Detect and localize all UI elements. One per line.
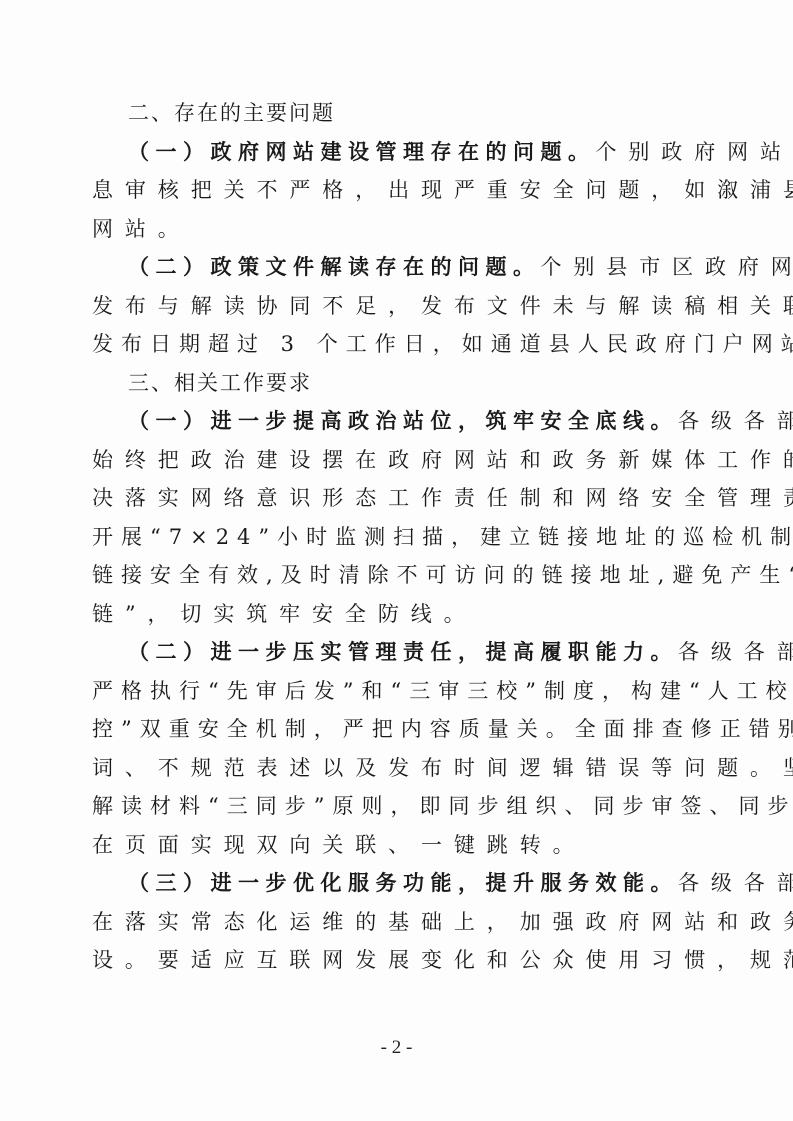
paragraph-website-issues: （一）政府网站建设管理存在的问题。个别政府网站发布信 — [92, 133, 692, 172]
paragraph-line: 控”双重安全机制，严把内容质量关。全面排查修正错别字、敏感 — [92, 710, 692, 749]
document-body: 二、存在的主要问题 （一）政府网站建设管理存在的问题。个别政府网站发布信 息审核… — [92, 94, 692, 980]
paragraph-line: 始终把政治建设摆在政府网站和政务新媒体工作的首要位置，坚 — [92, 441, 692, 480]
paragraph-title: （一）进一步提高政治站位，筑牢安全底线。 — [128, 409, 678, 433]
paragraph-line: 开展“7×24”小时监测扫描，建立链接地址的巡检机制，确保所有 — [92, 518, 692, 557]
paragraph-text: 各级各部门要 — [678, 640, 793, 664]
paragraph-line: 息审核把关不严格，出现严重安全问题，如溆浦县人民政府门户 — [92, 171, 692, 210]
paragraph-service-optimization: （三）进一步优化服务功能，提升服务效能。各级各部门要 — [92, 864, 692, 903]
paragraph-political-stance: （一）进一步提高政治站位，筑牢安全底线。各级各部门要 — [92, 402, 692, 441]
paragraph-line: 网站。 — [92, 210, 692, 249]
paragraph-line: 发布日期超过 3 个工作日，如通道县人民政府门户网站。 — [92, 325, 692, 364]
paragraph-line: 在页面实现双向关联、一键跳转。 — [92, 826, 692, 865]
section-heading-problems: 二、存在的主要问题 — [92, 94, 692, 133]
paragraph-line: 决落实网络意识形态工作责任制和网络安全管理责任制，常态化 — [92, 479, 692, 518]
paragraph-text: 各级各部门要 — [678, 871, 793, 895]
paragraph-title: （二）进一步压实管理责任，提高履职能力。 — [128, 640, 678, 664]
paragraph-title: （一）政府网站建设管理存在的问题。 — [128, 140, 596, 164]
paragraph-title: （三）进一步优化服务功能，提升服务效能。 — [128, 871, 678, 895]
paragraph-line: 发布与解读协同不足，发布文件未与解读稿相关联，解读和文件 — [92, 287, 692, 326]
section-heading-requirements: 三、相关工作要求 — [92, 364, 692, 403]
page-number: - 2 - — [0, 1037, 793, 1059]
document-page: 二、存在的主要问题 （一）政府网站建设管理存在的问题。个别政府网站发布信 息审核… — [0, 0, 793, 1121]
paragraph-text: 个别政府网站发布信 — [596, 140, 793, 164]
paragraph-line: 设。要适应互联网发展变化和公众使用习惯，规范页面展现设计， — [92, 941, 692, 980]
paragraph-line: 词、不规范表述以及发布时间逻辑错误等问题。坚持政策文件与 — [92, 749, 692, 788]
paragraph-line: 链”，切实筑牢安全防线。 — [92, 595, 692, 634]
paragraph-text: 个别县市区政府网站政策 — [541, 255, 793, 279]
paragraph-line: 解读材料“三同步”原则，即同步组织、同步审签、同步发布，并 — [92, 787, 692, 826]
paragraph-policy-interpretation-issues: （二）政策文件解读存在的问题。个别县市区政府网站政策 — [92, 248, 692, 287]
paragraph-title: （二）政策文件解读存在的问题。 — [128, 255, 541, 279]
paragraph-line: 严格执行“先审后发”和“三审三校”制度，构建“人工校验+技术防 — [92, 672, 692, 711]
paragraph-line: 在落实常态化运维的基础上，加强政府网站和政务新媒体功能建 — [92, 903, 692, 942]
paragraph-management-responsibility: （二）进一步压实管理责任，提高履职能力。各级各部门要 — [92, 633, 692, 672]
paragraph-line: 链接安全有效,及时清除不可访问的链接地址,避免产生“错链”“断 — [92, 556, 692, 595]
paragraph-text: 各级各部门要 — [678, 409, 793, 433]
